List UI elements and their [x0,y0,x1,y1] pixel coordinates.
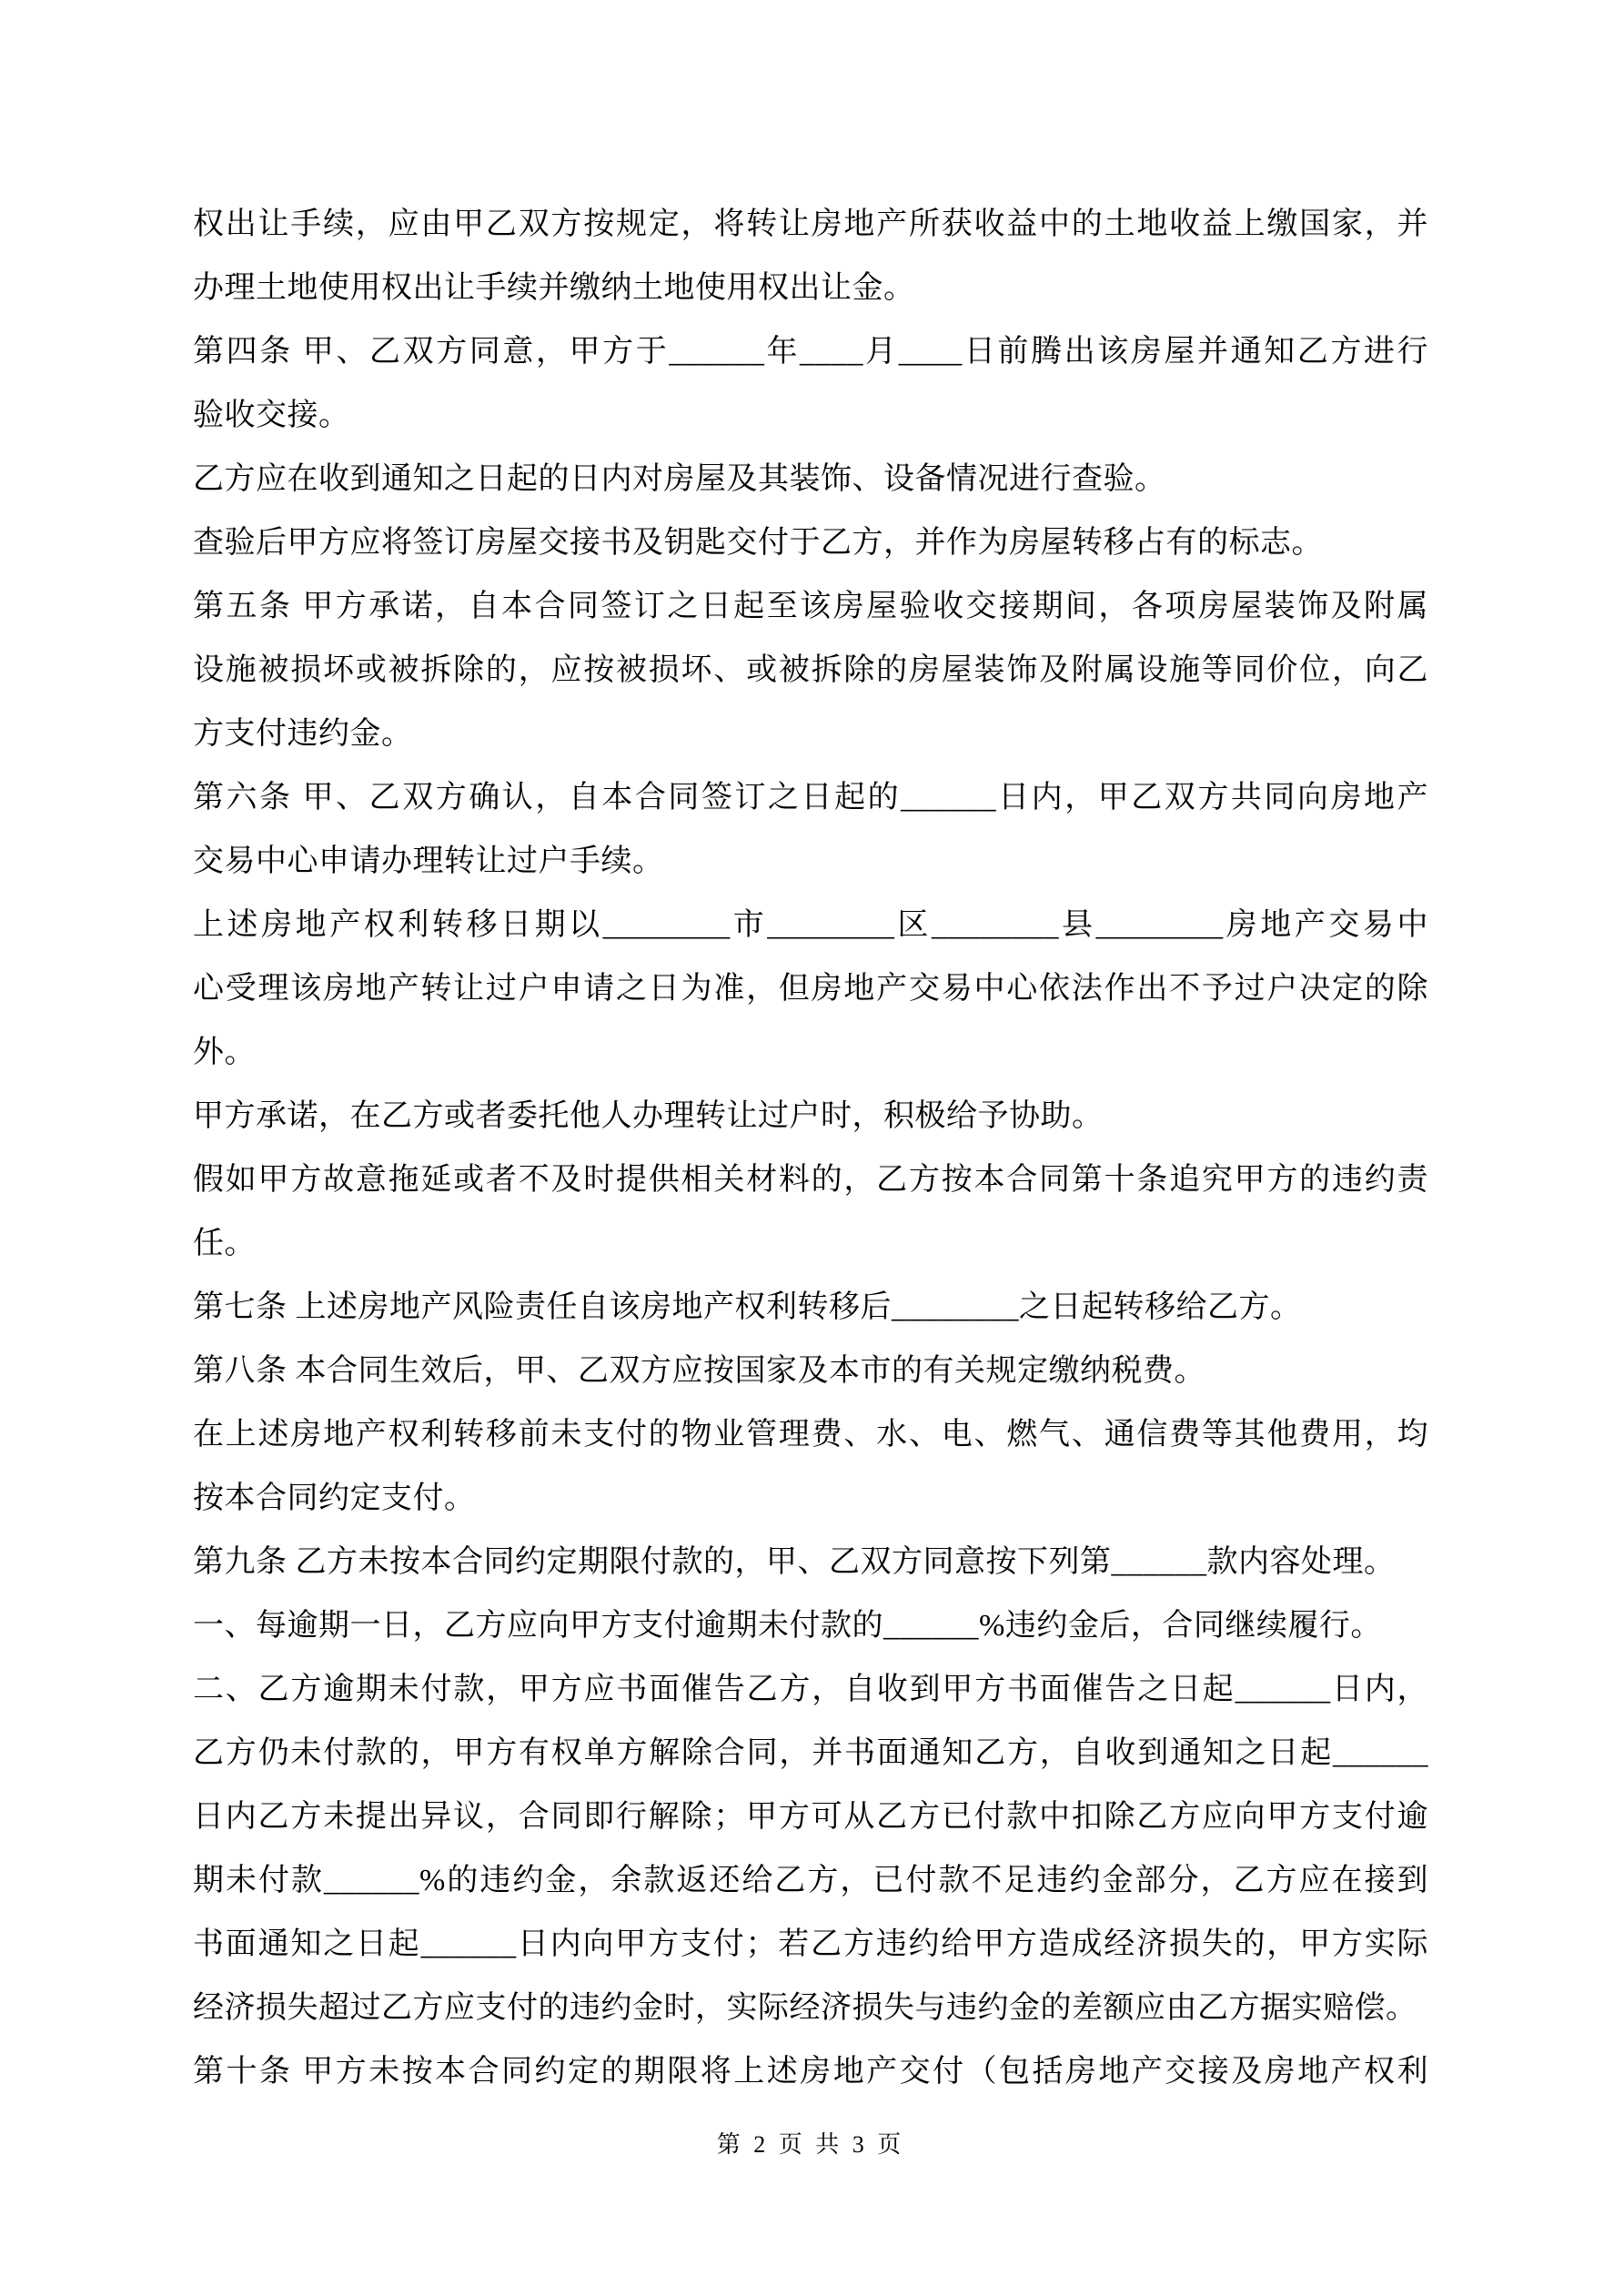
contract-line: 第十条 甲方未按本合同约定的期限将上述房地产交付（包括房地产交接及房地产权利 [193,2040,1428,2104]
contract-line: 第六条 甲、乙双方确认，自本合同签订之日起的______日内，甲乙双方共同向房地… [193,766,1428,830]
contract-line: 按本合同约定支付。 [193,1467,1428,1531]
contract-line: 设施被损坏或被拆除的，应按被损坏、或被拆除的房屋装饰及附属设施等同价位，向乙 [193,639,1428,703]
contract-line: 甲方承诺，在乙方或者委托他人办理转让过户时，积极给予协助。 [193,1085,1428,1148]
contract-line: 乙方仍未付款的，甲方有权单方解除合同，并书面通知乙方，自收到通知之日起_____… [193,1722,1428,1785]
contract-line: 权出让手续，应由甲乙双方按规定，将转让房地产所获收益中的土地收益上缴国家，并 [193,193,1428,257]
contract-line: 乙方应在收到通知之日起的日内对房屋及其装饰、设备情况进行查验。 [193,448,1428,511]
contract-line: 一、每逾期一日，乙方应向甲方支付逾期未付款的______%违约金后，合同继续履行… [193,1594,1428,1658]
contract-line: 日内乙方未提出异议，合同即行解除；甲方可从乙方已付款中扣除乙方应向甲方支付逾 [193,1785,1428,1849]
contract-line: 第四条 甲、乙双方同意，甲方于______年____月____日前腾出该房屋并通… [193,320,1428,384]
contract-line: 书面通知之日起______日内向甲方支付；若乙方违约给甲方造成经济损失的，甲方实… [193,1913,1428,1977]
contract-line: 第五条 甲方承诺，自本合同签订之日起至该房屋验收交接期间，各项房屋装饰及附属 [193,575,1428,639]
contract-line: 验收交接。 [193,384,1428,448]
contract-line: 任。 [193,1212,1428,1276]
contract-line: 交易中心申请办理转让过户手续。 [193,830,1428,894]
contract-line: 第九条 乙方未按本合同约定期限付款的，甲、乙双方同意按下列第______款内容处… [193,1531,1428,1594]
contract-line: 假如甲方故意拖延或者不及时提供相关材料的，乙方按本合同第十条追究甲方的违约责 [193,1148,1428,1212]
contract-line: 外。 [193,1021,1428,1085]
contract-line: 查验后甲方应将签订房屋交接书及钥匙交付于乙方，并作为房屋转移占有的标志。 [193,511,1428,575]
contract-line: 方支付违约金。 [193,703,1428,766]
page-number: 第 2 页 共 3 页 [193,2126,1428,2159]
contract-body: 权出让手续，应由甲乙双方按规定，将转让房地产所获收益中的土地收益上缴国家，并 办… [193,193,1428,2104]
contract-line: 在上述房地产权利转移前未支付的物业管理费、水、电、燃气、通信费等其他费用，均 [193,1403,1428,1467]
contract-line: 二、乙方逾期未付款，甲方应书面催告乙方，自收到甲方书面催告之日起______日内… [193,1658,1428,1722]
contract-line: 第八条 本合同生效后，甲、乙双方应按国家及本市的有关规定缴纳税费。 [193,1340,1428,1403]
contract-page: 权出让手续，应由甲乙双方按规定，将转让房地产所获收益中的土地收益上缴国家，并 办… [0,0,1624,2296]
contract-line: 第七条 上述房地产风险责任自该房地产权利转移后________之日起转移给乙方。 [193,1276,1428,1340]
contract-line: 心受理该房地产转让过户申请之日为准，但房地产交易中心依法作出不予过户决定的除 [193,957,1428,1021]
contract-line: 期未付款______%的违约金，余款返还给乙方，已付款不足违约金部分，乙方应在接… [193,1849,1428,1913]
contract-line: 办理土地使用权出让手续并缴纳土地使用权出让金。 [193,257,1428,320]
contract-line: 经济损失超过乙方应支付的违约金时，实际经济损失与违约金的差额应由乙方据实赔偿。 [193,1977,1428,2040]
contract-line: 上述房地产权利转移日期以________市________区________县_… [193,894,1428,957]
